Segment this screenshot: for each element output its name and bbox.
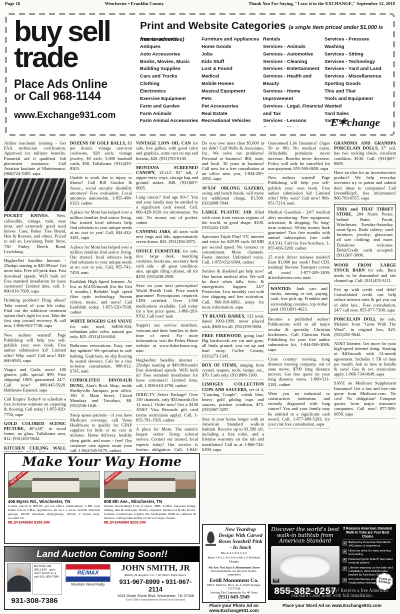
category-item: Services - Technology <box>325 58 387 65</box>
category-item: Lost & Found <box>202 66 264 73</box>
category-item: Services - Automotive <box>263 51 325 58</box>
classified-ad: Seniors & disabled get help now! One but… <box>202 267 264 312</box>
land-auction-headline: Land Auction Coming Soon!! <box>5 547 199 562</box>
trade-text: trade <box>14 46 132 72</box>
category-item: Services - Entertainment <box>263 66 325 73</box>
category-item: Medical <box>202 73 264 80</box>
agent-phone-large: 931-308-7386 <box>7 597 62 609</box>
classified-ad: HughesNet Satellite Internet - 25mbps st… <box>4 257 66 297</box>
exchange-logo: E✶change <box>330 116 380 129</box>
teardrop-monument-icon <box>205 532 216 547</box>
caption-left: Place your Photo Ad on www.Exchange931.c… <box>202 603 266 613</box>
check-icon: ✔ <box>342 558 347 563</box>
category-item: Recreational Vehicles <box>202 118 264 125</box>
listing-description: Owner downsizing! Lots of space, 3BR, 2.… <box>104 504 196 520</box>
category-item: Home Goods <box>202 43 264 50</box>
category-item: Electronics <box>140 88 202 95</box>
bathtub-photo: TV <box>271 546 339 585</box>
category-item: Services - Cleaning <box>263 58 325 65</box>
classified-ad: FREE FIREWOOD, going fast! Big hardwoods… <box>202 331 264 361</box>
realtor-photo <box>7 563 31 592</box>
classified-ad: 25 truck driver trainees needed! Earn $1… <box>268 253 330 283</box>
monument-dimensions: Die 2-2 x 0-6 x 3-0 Base 3-6 x 1-0 x 0-6… <box>205 552 263 565</box>
house-listing-2: REDUCED 808 8th Ave., Winchester, TN Own… <box>104 471 196 541</box>
classified-ad: WOOD FROM LARGE STOCK BARN for sale. Bar… <box>334 261 396 285</box>
classified-ad: WANTED: Junk cars and trucks, running or… <box>268 284 330 315</box>
classified-ad: Do you owe more than $5,000 in tax debt?… <box>202 139 264 184</box>
category-item: Exercise Equipment <box>140 95 202 102</box>
remax-logo-mark: RE/MAX <box>66 564 111 582</box>
place-ads-line2: or Call 968-1144 <box>14 91 132 103</box>
newspaper-page: Page 16 Winchester • Franklin County Tha… <box>0 0 400 614</box>
listing-ribbon: NEW LISTING <box>8 471 37 492</box>
category-item: Musical Equipment <box>202 88 264 95</box>
bathtub-headline: Discover the world's best walk-in bathtu… <box>271 527 339 544</box>
bathtub-reasons-header: 5 Reasons American Standard Walk-In Tubs… <box>342 527 393 540</box>
bathtub-disclaimer: Limited Time Offer! Call Today! Receive … <box>269 589 395 599</box>
category-column-2: Furniture and AppliancesHome GoodsJobsKi… <box>202 36 264 127</box>
classified-ad: Airline mechanic training - Get FAA tech… <box>4 139 66 179</box>
classified-ad: MONTANA SCREENED CANOPY, 12'x12', 82" ta… <box>136 163 198 193</box>
house-listing-1: NEW LISTING 406 Myers Rd., Winchester, T… <box>8 471 100 541</box>
page-number: Page 16 <box>5 1 20 6</box>
classified-ad: Spectrum Triple Play! TV, internet and v… <box>202 233 264 268</box>
bathtub-bullet: ✔ Backed by American Standard's 140 year… <box>342 541 393 548</box>
classified-column-1: Airline mechanic training - Get FAA tech… <box>4 139 66 452</box>
category-item: Services - Miscellaneous <box>325 73 387 80</box>
land-auction-right: JOHN SMITH, JR Realty & Auction Co. • 40… <box>114 563 197 608</box>
classified-ad: New authors wanted! Page Publishing will… <box>268 174 330 209</box>
category-item: Kids Stuff <box>202 58 264 65</box>
classified-ad: WHITE ROGERS GAS VALVE for sale, used, 3… <box>70 317 132 341</box>
classified-ad: Call Empire Today® to schedule a free in… <box>4 395 66 419</box>
office-address: 1024 Dinah Shore Blvd, Winchester, TN 37… <box>114 594 197 599</box>
classified-ad: Unable to work due to injury or illness?… <box>70 174 132 209</box>
classified-ad: 10'X14' OBLONG GAZEBO, swing and bench i… <box>202 184 264 208</box>
category-item: Services - Home Improvement <box>263 88 325 103</box>
classified-ad: Have an idea for an invention/new produc… <box>334 169 396 204</box>
classified-ad: VINTAGE LION OIL CAN for sale, five gall… <box>136 139 198 163</box>
classified-column-4: Do you owe more than $5,000 in tax debt?… <box>202 139 264 520</box>
house-photo-1: NEW LISTING <box>8 471 100 498</box>
classified-ad: GRANDMA AND GRANDPA PORCELAIN DOLLS, 37"… <box>334 139 396 169</box>
classified-ad: A place for Mom. The nation's largest se… <box>136 425 198 452</box>
category-item: Farm Animals <box>140 110 202 117</box>
remax-logo: RE/MAX Mountain Views Realty <box>65 563 111 608</box>
classified-ad <box>4 179 66 212</box>
monument-website: www.estillmonument.com <box>205 600 263 601</box>
category-column-4: Services - Pressure WashingServices - Si… <box>325 36 387 127</box>
classified-column-2: DOZENS OF GOLF BALLS, $3 per dozen; vint… <box>70 139 132 452</box>
classified-ad: OFFICE FURNITURE for sale, nice large de… <box>136 247 198 282</box>
classified-ad: LIMOGES COLLECTION CUPS AND SAUCERS, set… <box>202 380 264 415</box>
remax-office-name: Mountain Views Realty <box>65 583 111 587</box>
agent-name: JOHN SMITH, JR <box>114 563 197 573</box>
category-item: Services - Legal, Financial and Tax <box>263 103 325 118</box>
agent-subtitle: Realty & Auction Co. • 40 Years Experien… <box>114 573 197 577</box>
listing-mls-price: MLS#1948683 $159,900 <box>8 520 100 525</box>
category-item: Mobile Homes <box>202 81 264 88</box>
office-phones: 931-967-8999 • 931-967-2114 <box>114 578 197 593</box>
category-item: Services - Pressure Washing <box>325 36 387 51</box>
classified-ad: Were you an industrial or construction t… <box>268 389 330 429</box>
classified-ad: TY BEANIE BABIES, 123 total, dated 1993-… <box>202 312 264 331</box>
office-disclaimer: Each Office Independently Owned And Oper… <box>114 599 197 602</box>
place-ads-line1: Place Ads Online <box>14 79 132 91</box>
check-icon: ✔ <box>342 550 347 555</box>
caption-right-wrap: Place your Word Ad on www.Exchange931.co… <box>268 603 396 613</box>
classified-ad: DIRECTV Select Package! Over 150 channel… <box>136 390 198 425</box>
category-item: Antiques <box>140 43 202 50</box>
classified-ad: CANNING JARS, all sizes with new rings a… <box>136 228 198 247</box>
category-item: Services - Animals <box>263 43 325 50</box>
monument-cemeteries-note: Our monuments are allowed in ALL cemeter… <box>205 569 263 576</box>
classified-ad: Sleep apnea patients - if you have Medic… <box>70 411 132 452</box>
classified-ad: A place for Mom has helped over a millio… <box>70 243 132 278</box>
classified-ad: THIS and THAT THRIFT STORE, 204 North Po… <box>334 204 396 260</box>
buying-selling-note: BUYING OR SELLING...give John Smith Jr. … <box>33 563 63 595</box>
monument-headline: New Teardrop Design With Carved Roses Se… <box>218 527 263 551</box>
classified-ad: SAVE on Medicare Supplement Insurance! G… <box>334 379 396 419</box>
category-item: Books, Movies, Music <box>140 58 202 65</box>
bathtub-ad-left: Discover the world's best walk-in bathtu… <box>271 527 339 597</box>
check-icon: ✔ <box>342 578 347 583</box>
classified-column-6: GRANDMA AND GRANDPA PORCELAIN DOLLS, 37"… <box>334 139 396 520</box>
category-item: Tools and Equipment <box>325 95 387 102</box>
category-item: Wanted <box>325 103 387 110</box>
check-icon: ✔ <box>342 566 347 571</box>
category-item: Auto Accessories <box>140 51 202 58</box>
classified-column-3: VINTAGE LION OIL CAN for sale, five gall… <box>136 139 198 452</box>
classified-ad: Lung cancer? And age 60+? You and your f… <box>136 193 198 228</box>
page-header: Page 16 Winchester • Franklin County Tha… <box>5 1 395 6</box>
page-region: Winchester • Franklin County <box>105 1 164 6</box>
category-item: Services - Yard and Land <box>325 66 387 73</box>
page-slogan: Thank You For Saying, "I saw it in the E… <box>248 1 395 6</box>
caption-right: Place your Word Ad on www.Exchange931.co… <box>268 603 396 608</box>
real-estate-ad: Make Your Way Home NEW LISTING 406 Myers… <box>4 453 200 544</box>
bathtub-bullet: ✔ Patented Quick Drain® fast water remov… <box>342 558 393 565</box>
category-item: Services - Sitting <box>325 51 387 58</box>
category-item: Services - Moving <box>263 125 325 127</box>
bathtub-ad-right: 5 Reasons American Standard Walk-In Tubs… <box>342 527 393 597</box>
category-item: Jobs <box>202 51 264 58</box>
category-item: Farm Animal Accessories <box>140 118 202 125</box>
classified-ad: Fed up with credit card debt? Consolidat… <box>334 286 396 316</box>
banner-left: buy sell trade Place Ads Online or Call … <box>14 20 132 129</box>
category-item: Furniture and Appliances <box>202 36 264 43</box>
banner-right: Print and Website Categories (a single i… <box>132 20 386 129</box>
classified-ad: BOX OF ITEMS, ranging from crystal, teap… <box>202 361 264 380</box>
check-icon: ✔ <box>342 541 347 546</box>
caption-left-wrap: Place your Photo Ad on www.Exchange931.c… <box>202 603 266 613</box>
category-item: Farm and Garden <box>140 103 202 110</box>
category-item: Building Supplies <box>140 66 202 73</box>
land-auction-ad: Land Auction Coming Soon!! BUYING OR SEL… <box>4 546 200 610</box>
category-column-1: AnnouncementsAntiquesAuto AccessoriesBoo… <box>140 36 202 127</box>
tv-icon: TV <box>273 579 280 584</box>
category-item: Real Estate <box>202 110 264 117</box>
category-item: Services - Lessons <box>263 118 325 125</box>
buy-sell-trade-banner: buy sell trade Place Ads Online or Call … <box>5 13 395 136</box>
category-item: Pet Accessories <box>202 103 264 110</box>
classified-ad: Bathroom renovations. Easy, one day upda… <box>70 342 132 377</box>
category-item: Sporting Goods <box>325 81 387 88</box>
monument-ad: New Teardrop Design With Carved Roses Se… <box>202 524 266 603</box>
classified-ad: Support our service members, veterans an… <box>136 321 198 356</box>
classified-column-5: Guaranteed Life Insurance! (Ages 50 to 8… <box>268 139 330 520</box>
classified-ad: A place for Mom has helped over a millio… <box>70 208 132 243</box>
monument-address: 608 S. Main St., Hwy. 41-A, Estill Sprin… <box>205 583 263 590</box>
land-auction-left: BUYING OR SELLING...give John Smith Jr. … <box>7 563 62 608</box>
classified-ad: PORCELAIN DOLL for sale, Melanie from "G… <box>334 315 396 339</box>
listing-ribbon: REDUCED <box>104 471 129 490</box>
classified-ad: Become a published author! Publications … <box>268 315 330 355</box>
classified-ad: Earthlink High Speed Internet. As low as… <box>70 277 132 317</box>
category-item: Announcements <box>140 36 202 43</box>
classified-ad: LARGE PLASTIC JAR filled with coins from… <box>202 208 264 232</box>
classified-ad: COPROLITES! DINOSAUR DUNG, Alan's Rock S… <box>70 376 132 411</box>
classified-ad: Medical Guardian - 24/7 medical alert mo… <box>268 208 330 253</box>
category-item: Rentals <box>263 36 325 43</box>
classified-ad: New authors wanted! Page Publishing will… <box>4 331 66 366</box>
classified-ad: GOLD COLORED SCENIC PICTURE, 40"x28", in… <box>4 419 66 443</box>
classified-ad: Cross country moving, long distance movi… <box>268 355 330 390</box>
website-url: www.Exchange931.com <box>14 110 132 120</box>
classified-ad: AT&T Internet. Get more for your high-sp… <box>334 339 396 379</box>
categories-grid: AnnouncementsAntiquesAuto AccessoriesBoo… <box>140 36 386 127</box>
classified-ad: Drinking problem? Drug abuse? Take contr… <box>4 296 66 331</box>
classified-ad: HughesNet Satellite internet - 25mbps st… <box>136 356 198 391</box>
listing-mls-price: MLS#1948984 $229,000 <box>104 520 196 525</box>
classified-ad: Viagra and Cialis users! 100 generic pil… <box>4 365 66 395</box>
category-item: This and That <box>325 88 387 95</box>
bathtub-ad: Discover the world's best walk-in bathtu… <box>268 524 396 600</box>
classified-ad: Save on your next prescription! World He… <box>136 281 198 321</box>
classified-ad: Guaranteed Life Insurance! (Ages 50 to 8… <box>268 139 330 174</box>
category-item: Cars and Trucks <box>140 73 202 80</box>
category-item: Services - Health and Beauty <box>263 73 325 88</box>
category-item: Clothing <box>140 81 202 88</box>
category-item: Pets <box>202 95 264 102</box>
classified-ad: KITCHEN CEILING WALL HUGGER FAN, 52", 4 … <box>4 444 66 452</box>
classified-ad: Stay in your home longer with an America… <box>202 415 264 455</box>
real-estate-ad-title: Make Your Way Home <box>8 455 196 470</box>
house-photo-2: REDUCED <box>104 471 196 498</box>
category-column-3: RentalsServices - AnimalsServices - Auto… <box>263 36 325 127</box>
classified-ad: DOZENS OF GOLF BALLS, $3 per dozen; vint… <box>70 139 132 174</box>
listing-description: Corner parcel is 009.03, per tax office.… <box>8 504 100 520</box>
bathtub-bullet: ✔ Ultra low entry for easy entering and … <box>342 550 393 557</box>
classified-ad: POCKET KNIVES. New, collectible, vintage… <box>4 212 66 257</box>
